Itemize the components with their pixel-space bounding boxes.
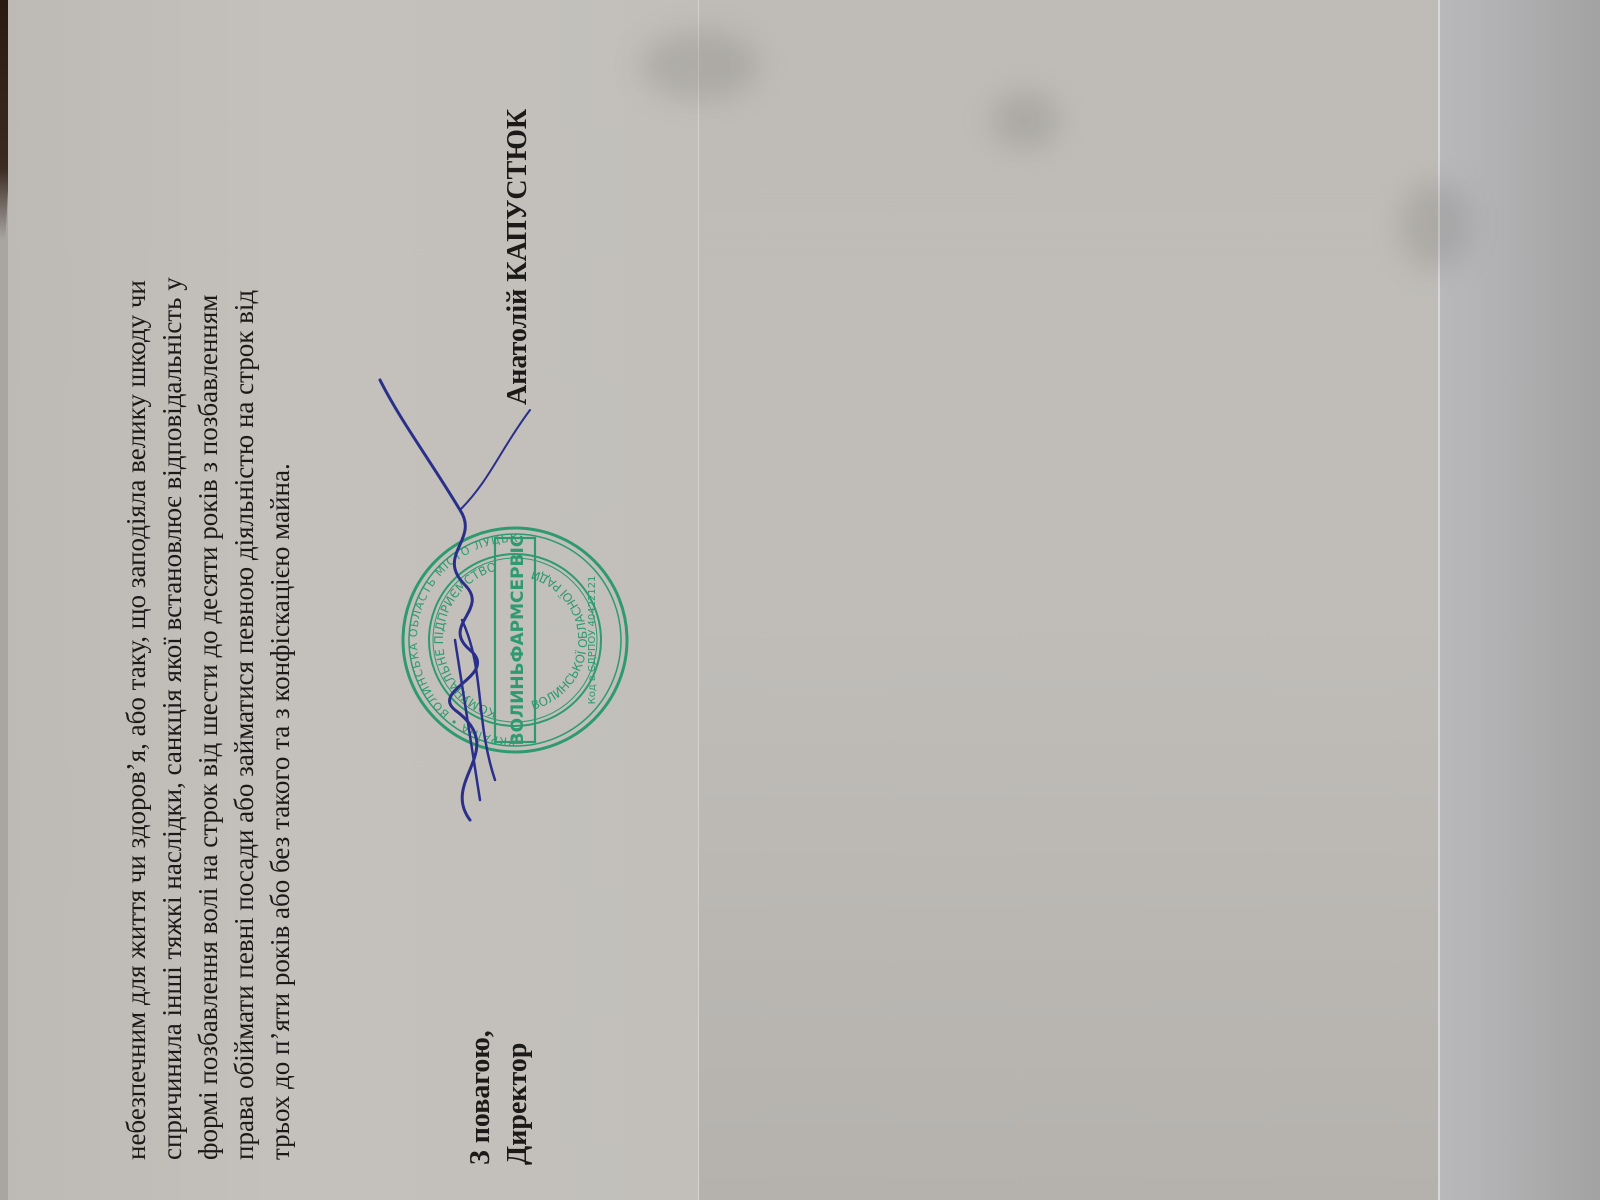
signatory-name: Анатолій КАПУСТЮК — [502, 109, 534, 405]
position-title: Директор — [502, 1043, 534, 1166]
letter-body: небезпечним для життя чи здоров’я, або т… — [118, 0, 298, 1160]
stamp-code: Код в ЄДРПОУ 40422121 — [587, 576, 598, 705]
closing-text: З повагою, — [465, 1030, 497, 1165]
body-line: формі позбавлення волі на строк від шест… — [190, 0, 226, 1160]
handwritten-signature — [360, 370, 560, 840]
body-line: права обіймати певні посади або займатис… — [226, 0, 262, 1160]
underlying-page — [698, 0, 1439, 1200]
underlying-page-edge — [1438, 0, 1600, 1200]
body-line: спричинила інші тяжкі наслідки, санкція … — [154, 0, 190, 1160]
paper-shadow — [990, 90, 1060, 150]
body-line: трьох до п’яти років або без такого та з… — [262, 0, 298, 1160]
body-line: небезпечним для життя чи здоров’я, або т… — [118, 0, 154, 1160]
paper-shadow — [1400, 180, 1470, 270]
rotated-document-content: небезпечним для життя чи здоров’я, або т… — [0, 0, 700, 1200]
